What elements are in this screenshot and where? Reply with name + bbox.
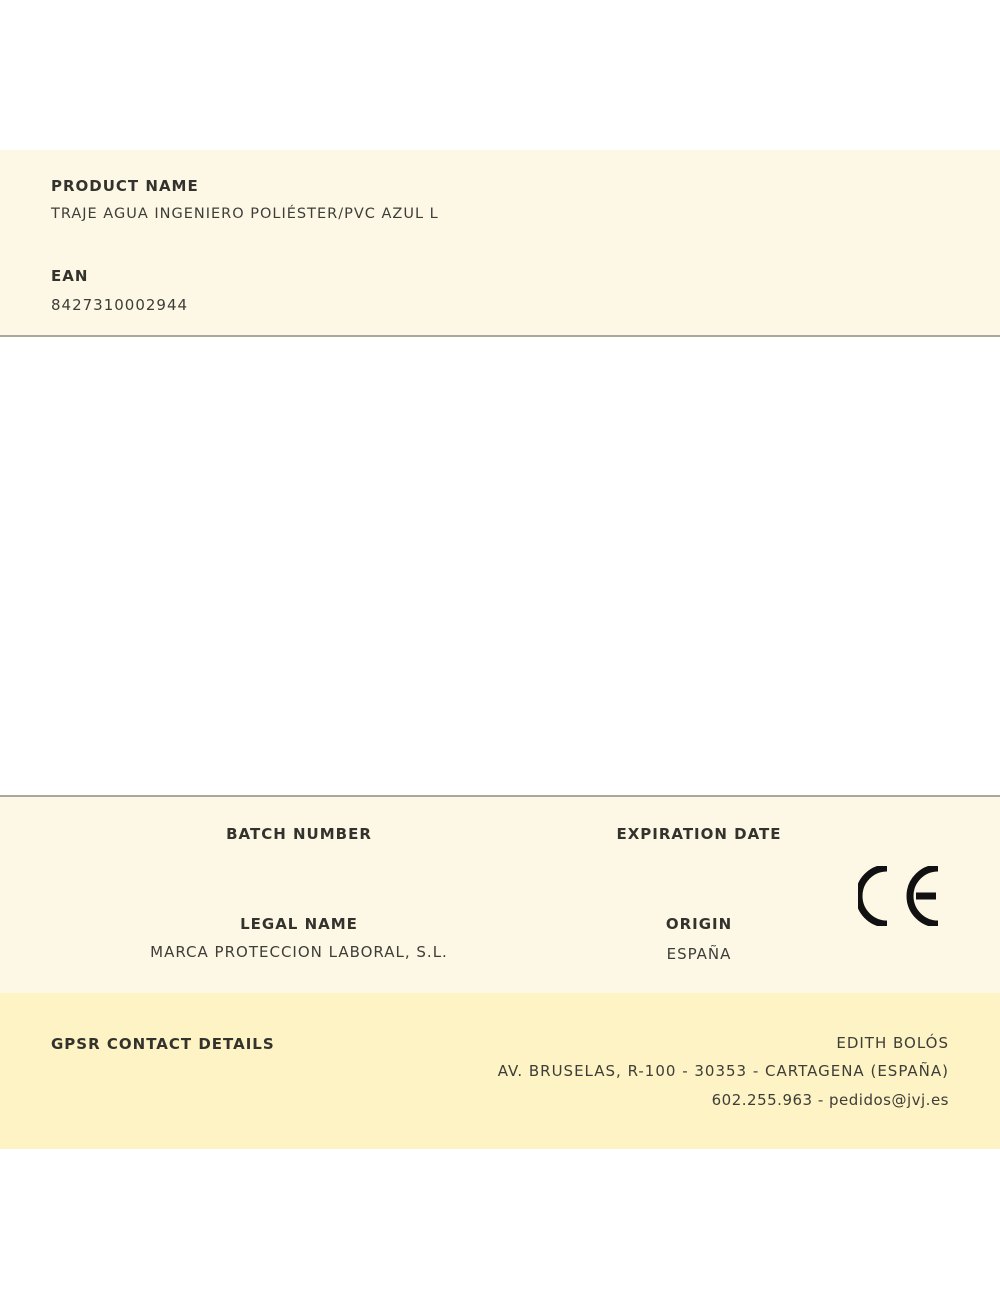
contact-phone-email: 602.255.963 - pedidos@jvj.es: [712, 1091, 949, 1109]
legal-name-value: MARCA PROTECCION LABORAL, S.L.: [150, 943, 448, 961]
ean-value: 8427310002944: [51, 296, 188, 314]
origin-label: ORIGIN: [666, 915, 732, 933]
expiration-date-label: EXPIRATION DATE: [616, 825, 781, 843]
ean-label: EAN: [51, 267, 88, 285]
legal-name-label: LEGAL NAME: [240, 915, 358, 933]
batch-number-label: BATCH NUMBER: [226, 825, 372, 843]
gpsr-contact-label: GPSR CONTACT DETAILS: [51, 1035, 275, 1053]
contact-name: EDITH BOLÓS: [836, 1034, 949, 1052]
product-details-section: [0, 795, 1000, 995]
origin-value: ESPAÑA: [667, 945, 732, 963]
contact-address: AV. BRUSELAS, R-100 - 30353 - CARTAGENA …: [498, 1062, 949, 1080]
product-name-label: PRODUCT NAME: [51, 177, 199, 195]
ce-mark-icon: [858, 866, 942, 926]
product-name-value: TRAJE AGUA INGENIERO POLIÉSTER/PVC AZUL …: [51, 206, 439, 222]
